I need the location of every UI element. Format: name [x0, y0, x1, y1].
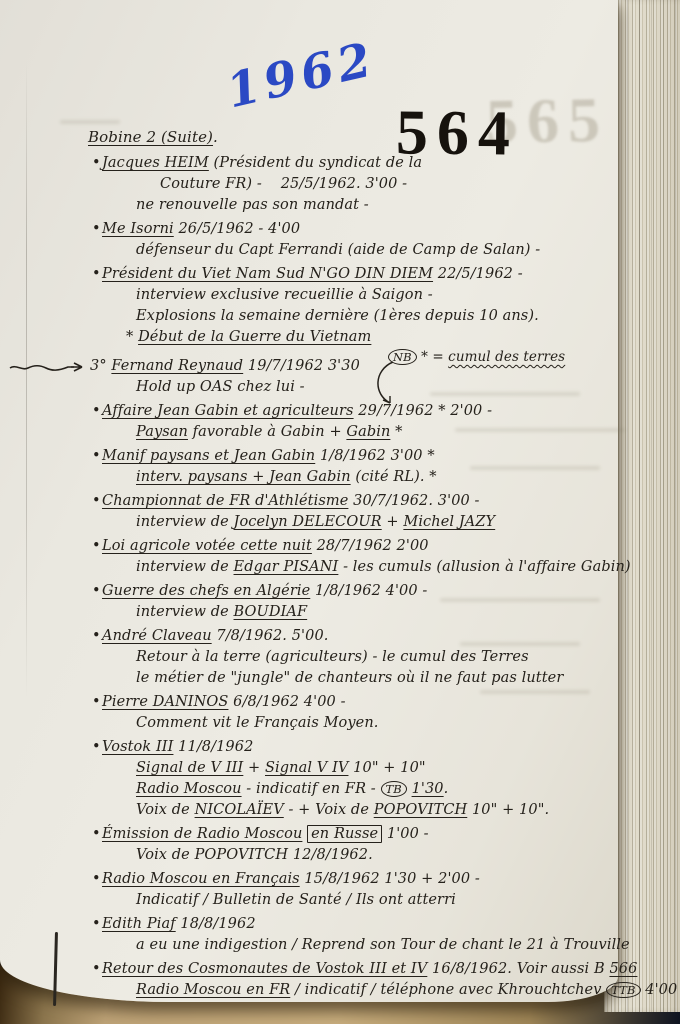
handwritten-line: •Président du Viet Nam Sud N'GO DIN DIEM… — [88, 264, 612, 285]
handwritten-line: •Retour des Cosmonautes de Vostok III et… — [88, 959, 612, 980]
margin-arrow-icon — [8, 360, 84, 381]
handwritten-line: •Guerre des chefs en Algérie 1/8/1962 4'… — [88, 581, 612, 602]
bullet-dot: • — [92, 737, 102, 758]
line-segment: Explosions la semaine dernière (1ères de… — [136, 308, 539, 324]
line-segment: Vostok III — [102, 739, 173, 755]
bullet-dot: • — [92, 446, 102, 467]
line-segment: Retour des Cosmonautes de Vostok III et … — [102, 961, 427, 977]
line-segment: Guerre des chefs en Algérie — [102, 583, 310, 599]
line-segment: POPOVITCH — [374, 802, 468, 818]
line-segment: * = — [417, 349, 448, 365]
line-segment: interview de — [136, 559, 234, 575]
line-segment: Radio Moscou — [136, 781, 242, 797]
line-segment: cumul des terres — [448, 349, 565, 365]
line-segment: Couture FR) - 25/5/1962. 3'00 - — [160, 176, 407, 192]
notebook-photo: 565 564 1962 Bobine 2 (Suite).•Jacques H… — [0, 0, 680, 1024]
line-segment: Émission de Radio Moscou — [102, 826, 302, 842]
line-segment: Pierre DANINOS — [102, 694, 228, 710]
line-segment: Radio Moscou en Français — [102, 871, 300, 887]
line-segment: Loi agricole votée cette nuit — [102, 538, 312, 554]
line-segment: interv. paysans + Jean Gabin — [136, 469, 351, 485]
handwritten-line: Radio Moscou en FR / indicatif / télépho… — [136, 980, 612, 1001]
line-segment: interview exclusive recueillie à Saigon … — [136, 287, 433, 303]
line-segment: + — [243, 760, 265, 776]
line-segment: 26/5/1962 - 4'00 — [174, 221, 300, 237]
line-segment: 18/8/1962 — [176, 916, 256, 932]
bullet-dot: • — [92, 581, 102, 602]
line-segment: Fernand Reynaud — [111, 358, 243, 374]
line-segment: Hold up OAS chez lui - — [136, 379, 305, 395]
handwritten-line: •Loi agricole votée cette nuit 28/7/1962… — [88, 536, 612, 557]
handwritten-line: le métier de "jungle" de chanteurs où il… — [136, 668, 612, 689]
line-segment: 7/8/1962. 5'00. — [212, 628, 329, 644]
line-segment: Comment vit le Français Moyen. — [136, 715, 379, 731]
line-segment: Signal V IV — [265, 760, 348, 776]
line-segment: Président du Viet Nam Sud N'GO DIN DIEM — [102, 266, 433, 282]
line-segment: - + Voix de — [284, 802, 374, 818]
handwritten-line: * Début de la Guerre du Vietnam — [126, 327, 612, 348]
handwritten-line: Couture FR) - 25/5/1962. 3'00 - — [160, 174, 612, 195]
line-segment: 29/7/1962 * 2'00 - — [354, 403, 493, 419]
bullet-dot: • — [92, 692, 102, 713]
handwritten-line: Voix de NICOLAÏEV - + Voix de POPOVITCH … — [136, 800, 612, 821]
handwritten-line: Retour à la terre (agriculteurs) - le cu… — [136, 647, 612, 668]
line-segment: Voix de POPOVITCH 12/8/1962. — [136, 847, 373, 863]
handwritten-line: •Championnat de FR d'Athlétisme 30/7/196… — [88, 491, 612, 512]
line-segment: favorable à Gabin + — [188, 424, 346, 440]
handwritten-line: Explosions la semaine dernière (1ères de… — [136, 306, 612, 327]
handwritten-line: Hold up OAS chez lui - — [136, 377, 612, 398]
line-segment: - les cumuls (allusion à l'affaire Gabin… — [338, 559, 630, 575]
circled-annotation: NB — [388, 349, 417, 365]
handwritten-line: Voix de POPOVITCH 12/8/1962. — [136, 845, 612, 866]
line-segment: / indicatif / téléphone avec Khrouchtche… — [290, 982, 606, 998]
circled-annotation: TTB — [606, 982, 640, 998]
handwritten-line: interv. paysans + Jean Gabin (cité RL). … — [136, 467, 612, 488]
line-segment: 16/8/1962. Voir aussi B — [427, 961, 609, 977]
line-segment: . — [213, 128, 218, 146]
line-segment: . — [444, 781, 449, 797]
line-segment: Paysan — [136, 424, 188, 440]
line-segment: 28/7/1962 2'00 — [312, 538, 429, 554]
bullet-dot: • — [92, 869, 102, 890]
line-segment: 3° — [90, 358, 111, 374]
line-segment: * — [126, 329, 138, 345]
line-segment: 1'30 — [412, 781, 444, 797]
line-segment: Edith Piaf — [102, 916, 176, 932]
line-segment: Radio Moscou en FR — [136, 982, 290, 998]
handwritten-line: •Manif paysans et Jean Gabin 1/8/1962 3'… — [88, 446, 612, 467]
line-segment: BOUDIAF — [234, 604, 308, 620]
line-segment: a eu une indigestion / Reprend son Tour … — [136, 937, 630, 953]
handwritten-line: interview de BOUDIAF — [136, 602, 612, 623]
handwritten-line: •André Claveau 7/8/1962. 5'00. — [88, 626, 612, 647]
handwritten-line: Comment vit le Français Moyen. — [136, 713, 612, 734]
line-segment: Edgar PISANI — [234, 559, 339, 575]
handwritten-line: interview de Jocelyn DELECOUR + Michel J… — [136, 512, 612, 533]
line-segment: 19/7/1962 3'30 — [243, 358, 360, 374]
handwritten-line: Paysan favorable à Gabin + Gabin * — [136, 422, 612, 443]
line-segment: 22/5/1962 - — [433, 266, 523, 282]
line-segment: 15/8/1962 1'30 + 2'00 - — [300, 871, 480, 887]
line-segment: défenseur du Capt Ferrandi (aide de Camp… — [136, 242, 540, 258]
handwritten-line: •Pierre DANINOS 6/8/1962 4'00 - — [88, 692, 612, 713]
line-segment: * — [390, 424, 402, 440]
handwritten-line: •Edith Piaf 18/8/1962 — [88, 914, 612, 935]
handwritten-line: 3° Fernand Reynaud 19/7/1962 3'30NB * = … — [88, 356, 612, 377]
line-segment: (Président du syndicat de la — [209, 155, 422, 171]
bullet-dot: • — [92, 536, 102, 557]
circled-annotation: TB — [381, 781, 407, 797]
bullet-dot: • — [92, 264, 102, 285]
bullet-dot: • — [92, 219, 102, 240]
line-segment: Me Isorni — [102, 221, 174, 237]
line-segment: 6/8/1962 4'00 - — [228, 694, 345, 710]
line-segment: Michel JAZY — [403, 514, 495, 530]
line-segment: 30/7/1962. 3'00 - — [348, 493, 479, 509]
handwritten-line: •Me Isorni 26/5/1962 - 4'00 — [88, 219, 612, 240]
bullet-dot: • — [92, 914, 102, 935]
line-segment: le métier de "jungle" de chanteurs où il… — [136, 670, 563, 686]
handwritten-line: •Émission de Radio Moscou en Russe 1'00 … — [88, 824, 612, 845]
line-segment: ne renouvelle pas son mandat - — [136, 197, 369, 213]
line-segment: Retour à la terre (agriculteurs) - le cu… — [136, 649, 529, 665]
line-segment: Jocelyn DELECOUR — [234, 514, 382, 530]
handwritten-line: ne renouvelle pas son mandat - — [136, 195, 612, 216]
handwritten-line: •Affaire Jean Gabin et agriculteurs 29/7… — [88, 401, 612, 422]
line-segment: 10" + 10" — [348, 760, 425, 776]
line-segment: 1'00 - — [382, 826, 428, 842]
bullet-dot: • — [92, 491, 102, 512]
line-segment: (cité RL). * — [351, 469, 437, 485]
handwriting-lines: Bobine 2 (Suite).•Jacques HEIM (Présiden… — [88, 127, 612, 1001]
line-segment: Manif paysans et Jean Gabin — [102, 448, 315, 464]
line-segment: Début de la Guerre du Vietnam — [138, 329, 371, 345]
line-segment: Affaire Jean Gabin et agriculteurs — [102, 403, 354, 419]
line-segment: + — [382, 514, 404, 530]
bullet-dot: • — [92, 153, 102, 174]
line-segment: interview de — [136, 514, 234, 530]
handwritten-line: interview exclusive recueillie à Saigon … — [136, 285, 612, 306]
line-segment: Voix de — [136, 802, 195, 818]
line-segment: Indicatif / Bulletin de Santé / Ils ont … — [136, 892, 456, 908]
nb-margin-note: NB * = cumul des terres — [388, 347, 565, 368]
handwritten-line: interview de Edgar PISANI - les cumuls (… — [136, 557, 612, 578]
bleed-through-mark — [60, 120, 120, 124]
line-segment: 1/8/1962 4'00 - — [310, 583, 427, 599]
line-segment: Jacques HEIM — [102, 155, 209, 171]
bullet-dot: • — [92, 824, 102, 845]
handwritten-line: •Jacques HEIM (Président du syndicat de … — [88, 153, 612, 174]
bullet-dot: • — [92, 626, 102, 647]
line-segment: 1/8/1962 3'00 * — [315, 448, 434, 464]
line-segment: 10" + 10". — [467, 802, 549, 818]
line-segment: 566 — [609, 961, 637, 977]
line-segment: 4'00 — [641, 982, 678, 998]
line-segment: Championnat de FR d'Athlétisme — [102, 493, 348, 509]
line-segment: interview de — [136, 604, 234, 620]
section-heading: Bobine 2 (Suite). — [88, 127, 612, 148]
notebook-page: 565 564 1962 Bobine 2 (Suite).•Jacques H… — [0, 0, 618, 1002]
line-segment: 11/8/1962 — [173, 739, 253, 755]
boxed-annotation: en Russe — [307, 825, 382, 843]
line-segment: Gabin — [346, 424, 390, 440]
line-segment: André Claveau — [102, 628, 212, 644]
line-segment: Signal de V III — [136, 760, 243, 776]
handwritten-line: •Radio Moscou en Français 15/8/1962 1'30… — [88, 869, 612, 890]
handwritten-line: Radio Moscou - indicatif en FR - TB 1'30… — [136, 779, 612, 800]
line-segment: - indicatif en FR - — [242, 781, 381, 797]
handwritten-line: a eu une indigestion / Reprend son Tour … — [136, 935, 612, 956]
bullet-dot: • — [92, 401, 102, 422]
line-segment: Bobine 2 (Suite) — [88, 128, 213, 146]
year-annotation: 1962 — [222, 32, 381, 120]
handwritten-line: Signal de V III + Signal V IV 10" + 10" — [136, 758, 612, 779]
bullet-dot: • — [92, 959, 102, 980]
line-segment: NICOLAÏEV — [195, 802, 284, 818]
handwritten-line: •Vostok III 11/8/1962 — [88, 737, 612, 758]
handwritten-line: Indicatif / Bulletin de Santé / Ils ont … — [136, 890, 612, 911]
handwritten-line: défenseur du Capt Ferrandi (aide de Camp… — [136, 240, 612, 261]
